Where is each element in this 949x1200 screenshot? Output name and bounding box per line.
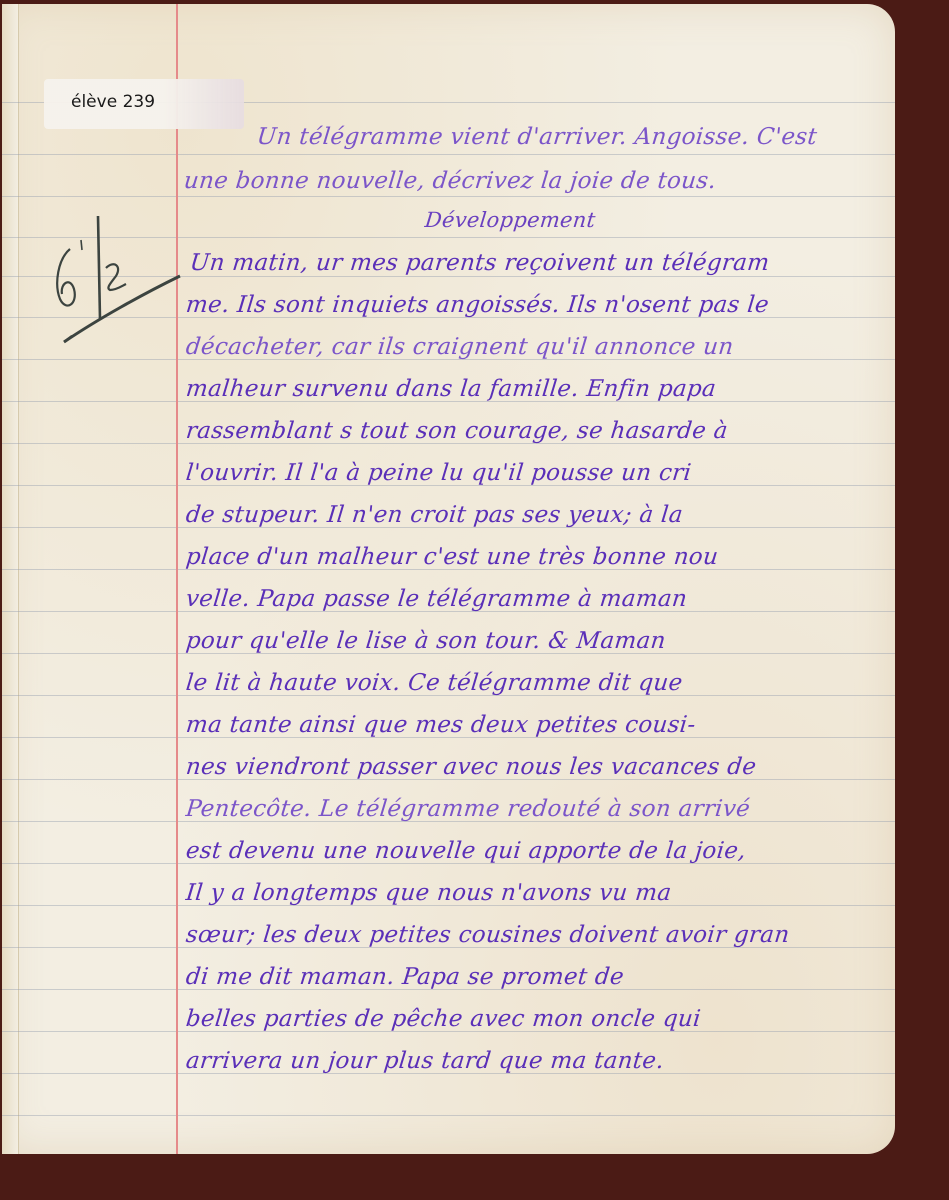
body-line: sœur; les deux petites cousines doivent … bbox=[185, 922, 791, 948]
subject-line-2: une bonne nouvelle, décrivez la joie de … bbox=[183, 168, 718, 194]
body-line: Pentecôte. Le télégramme redouté à son a… bbox=[185, 796, 752, 822]
ruled-line bbox=[2, 196, 895, 197]
body-line: ma tante ainsi que mes deux petites cous… bbox=[185, 712, 697, 738]
body-line: Un matin, ur mes parents reçoivent un té… bbox=[189, 250, 771, 276]
body-line: belles parties de pêche avec mon oncle q… bbox=[185, 1006, 702, 1032]
body-line: arrivera un jour plus tard que ma tante. bbox=[185, 1048, 666, 1074]
body-line: velle. Papa passe le télégramme à maman bbox=[185, 586, 689, 612]
grade-mark bbox=[48, 204, 188, 354]
body-line: l'ouvrir. Il l'a à peine lu qu'il pousse… bbox=[185, 460, 693, 486]
body-line: le lit à haute voix. Ce télégramme dit q… bbox=[185, 670, 684, 696]
body-line: de stupeur. Il n'en croit pas ses yeux; … bbox=[185, 502, 685, 528]
margin-line bbox=[176, 4, 178, 1154]
body-line: est devenu une nouvelle qui apporte de l… bbox=[185, 838, 748, 864]
body-line: malheur survenu dans la famille. Enfin p… bbox=[185, 376, 718, 402]
ruled-line bbox=[2, 1115, 895, 1116]
body-line: place d'un malheur c'est une très bonne … bbox=[185, 544, 720, 570]
body-line: Il y a longtemps que nous n'avons vu ma bbox=[185, 880, 673, 906]
body-line: di me dit maman. Papa se promet de bbox=[185, 964, 626, 990]
body-line: rassemblant s tout son courage, se hasar… bbox=[185, 418, 729, 444]
body-line: me. Ils sont inquiets angoissés. Ils n'o… bbox=[185, 292, 771, 318]
essay-heading: Développement bbox=[424, 208, 597, 232]
page-binding-edge bbox=[2, 4, 19, 1154]
ruled-line bbox=[2, 154, 895, 155]
student-label: élève 239 bbox=[71, 92, 155, 112]
body-line: pour qu'elle le lise à son tour. & Maman bbox=[185, 628, 667, 654]
body-line: décacheter, car ils craignent qu'il anno… bbox=[185, 334, 735, 360]
body-line: nes viendront passer avec nous les vacan… bbox=[185, 754, 758, 780]
subject-line-1: Un télégramme vient d'arriver. Angoisse.… bbox=[256, 124, 819, 150]
